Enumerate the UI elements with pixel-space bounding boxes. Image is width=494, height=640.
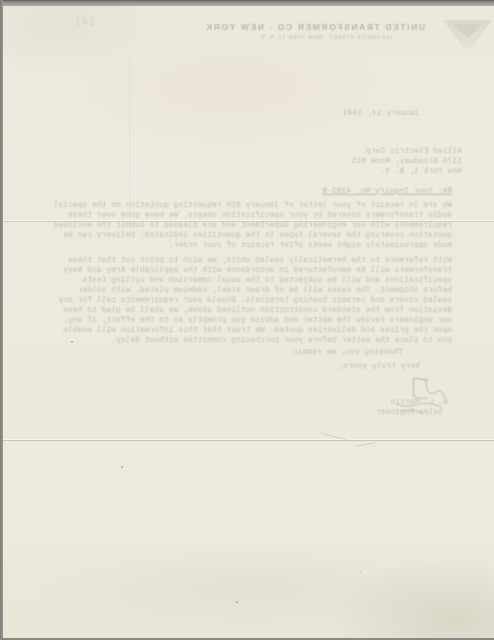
- dust-speck: [121, 466, 123, 468]
- letter-paper-back: UNITED TRANSFORMER CO · NEW YORK 150 VAR…: [3, 6, 494, 638]
- letterhead-company-name: UNITED TRANSFORMER CO · NEW YORK: [165, 22, 425, 32]
- photo-of-letter-back: { "scene": { "background_color": "#9d9c9…: [0, 0, 494, 640]
- dust-speck: [71, 341, 73, 343]
- letterhead-address-line: 150 VARICK STREET · NEW YORK 13, N. Y.: [153, 35, 393, 41]
- reference-line: Re: Your Inquiry No. 4182-B: [322, 187, 452, 197]
- closing-line: Thanking you, we remain: [293, 348, 403, 358]
- letterhead-triangle-logo-inner: [453, 24, 482, 39]
- signer-typed-name: H. L. Martin: [390, 398, 448, 408]
- dust-speck: [236, 601, 238, 603]
- recipient-line: Allied Electric Corp.: [242, 147, 462, 157]
- recipient-line: 1170 Broadway, Room 815: [242, 157, 462, 167]
- letterhead-triangle-logo-icon: [443, 20, 492, 49]
- recipient-address-block: Allied Electric Corp. 1170 Broadway, Roo…: [242, 147, 462, 177]
- pencil-notation: 141: [35, 15, 95, 28]
- recipient-line: New York 1, N. Y.: [242, 167, 462, 177]
- upper-fold-line: [3, 221, 494, 222]
- letter-date: January 14, 1943: [343, 109, 420, 119]
- signer-typed-title: Sales Engineer: [376, 408, 443, 418]
- vertical-crease: [128, 58, 130, 236]
- lower-fold-line: [3, 440, 494, 441]
- body-paragraph-1: We are in receipt of your letter of Janu…: [50, 201, 452, 251]
- body-paragraph-2: With reference to the hermetically seale…: [50, 256, 452, 346]
- dust-speck: [360, 571, 361, 572]
- show-through-text-layer: UNITED TRANSFORMER CO · NEW YORK 150 VAR…: [3, 6, 494, 638]
